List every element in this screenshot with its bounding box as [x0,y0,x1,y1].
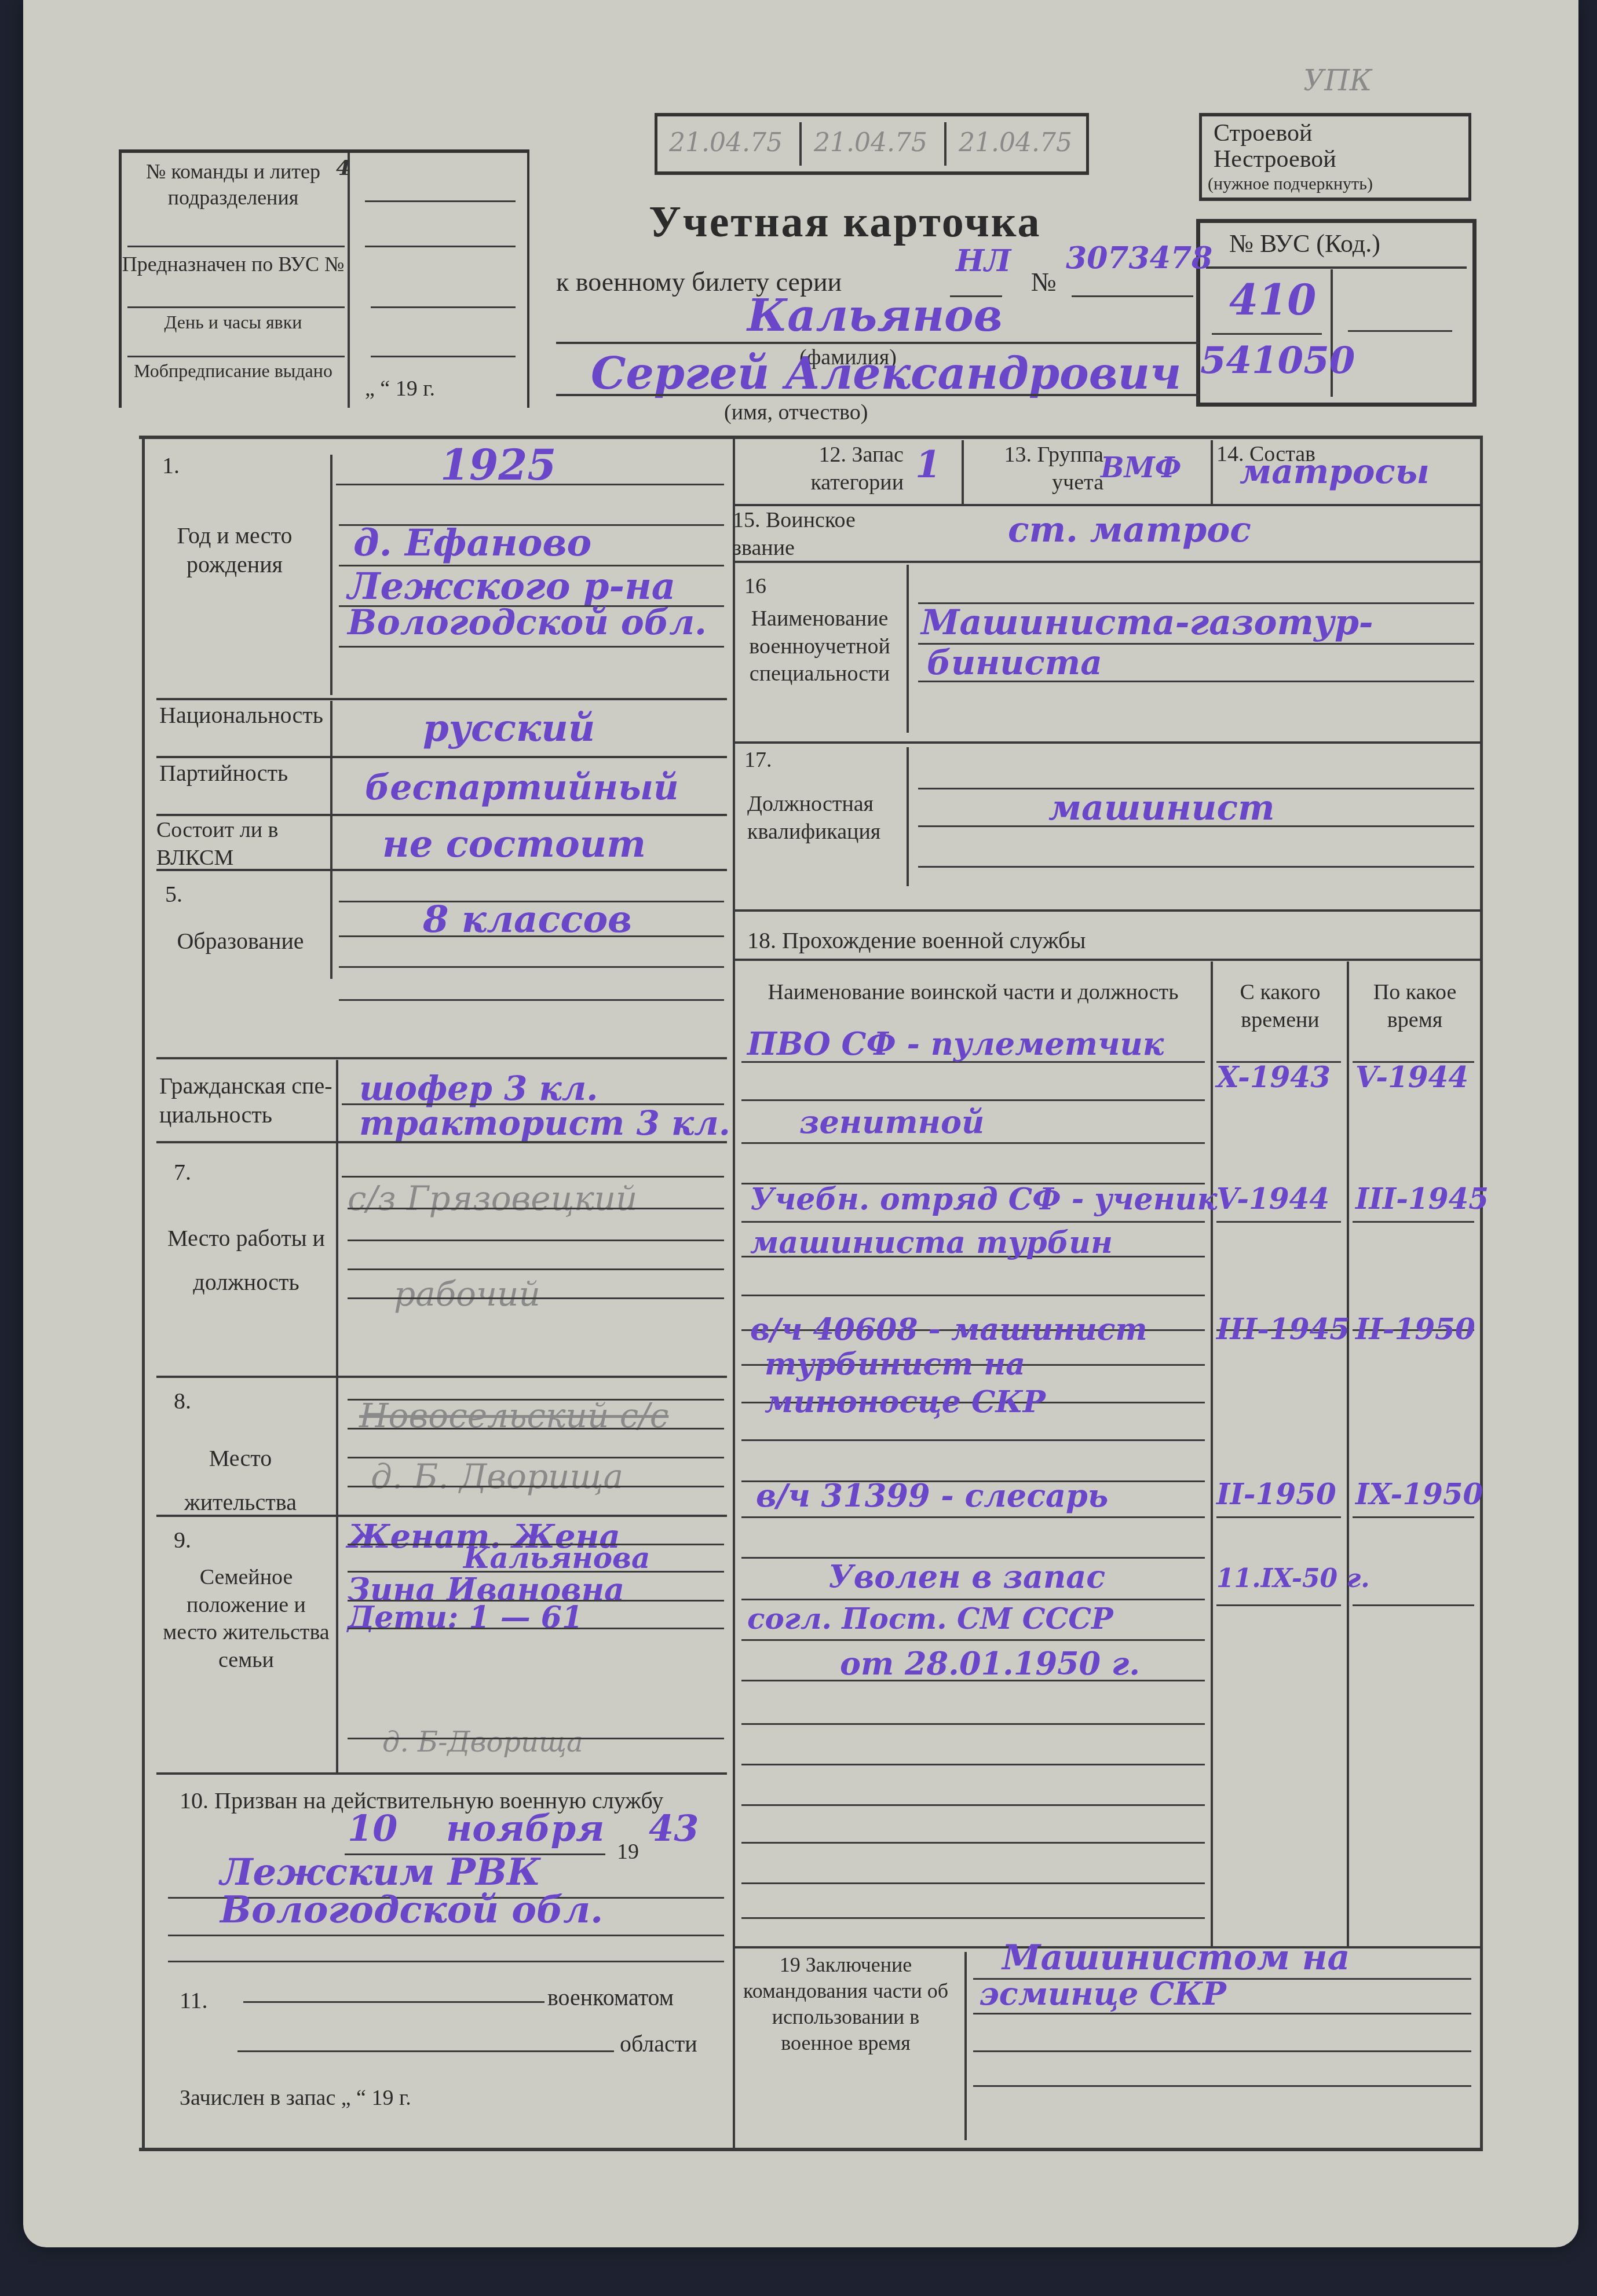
education: 8 классов [423,898,632,941]
komsomol: не состоит [382,822,646,866]
field1-label: Год и место рождения [156,521,313,579]
field7-label: Место работы и должность [162,1216,330,1304]
status-hint: (нужное подчеркнуть) [1208,174,1373,194]
draft-region: Вологодской обл. [220,1888,603,1932]
nationality: русский [423,707,595,750]
given-names: Сергей Александрович [591,348,1181,399]
vus-header: № ВУС (Код.) [1229,229,1380,258]
f13-label: 13. Группа учета [964,441,1103,496]
team-label: № команды и литер подразделения [122,159,345,211]
service-unit: согл. Пост. СМ СССР [747,1602,1113,1636]
wife-surname: Кальянова [463,1541,650,1575]
service-unit: в/ч 40608 - машинист [750,1312,1147,1347]
voenkomat-label: военкоматом [547,1984,674,2011]
draft-office: Лежским РВК [220,1851,540,1894]
page-title: Учетная карточка [649,197,1041,247]
oblast-label: области [620,2030,697,2057]
service-to: IX-1950 [1355,1477,1483,1511]
left-info-box: № команды и литер подразделения 4 Предна… [119,149,529,408]
family-residence: д. Б-Дворища [382,1726,583,1758]
status-combat[interactable]: Строевой [1214,119,1313,147]
mob-order-label: Мобпредписание выдано [122,359,345,382]
children: Дети: 1 — 61 [348,1600,583,1635]
draft-day: 10 [348,1807,397,1849]
service-title: 18. Прохождение военной службы [747,927,1086,954]
service-unit: Учебн. отряд СФ - ученик [750,1182,1218,1217]
status-noncombat[interactable]: Нестроевой [1214,145,1336,173]
residence-2: д. Б. Дворища [371,1457,623,1496]
field8-num: 8. [174,1387,191,1414]
stamp-date-3: 21.04.75 [959,128,1072,158]
field9-label: Семейное положение и место жительства се… [159,1564,333,1674]
f17-label: Должност­ная квали­фикация [736,791,898,846]
service-from: II-1950 [1216,1477,1336,1511]
wartime-use-1: Машинистом на [1002,1937,1350,1978]
number-sign: № [1031,266,1057,297]
f19-label: 19 Заключение командования части об испо… [736,1952,956,2056]
draft-year: 43 [649,1807,699,1849]
service-unit: в/ч 31399 - слесарь [756,1477,1108,1514]
registration-group: ВМФ [1101,452,1181,484]
service-to: V-1944 [1355,1060,1468,1094]
vus-box: № ВУС (Код.) 410 541050 [1196,219,1477,407]
record-card: УПК № команды и литер подразделения 4 Пр… [23,0,1578,2247]
surname: Кальянов [747,290,1003,341]
military-rank: ст. матрос [1008,510,1251,550]
service-from: III-1945 [1216,1312,1350,1346]
report-time-label: День и часы явки [122,310,345,334]
service-from: X-1943 [1216,1060,1331,1094]
field9-num: 9. [174,1526,191,1553]
civil-specialty-2: тракторист 3 кл. [359,1103,730,1143]
stamp-date-1: 21.04.75 [669,128,783,158]
f15-label: 15. Воинское звание [733,507,907,562]
ticket-series: НЛ [956,243,1011,279]
service-unit: зенитной [799,1103,984,1140]
assigned-vus-label: Предназначен по ВУС № [122,251,345,277]
field5-num: 5. [165,880,182,908]
service-header-to: По какое время [1350,979,1480,1034]
service-to: III-1945 [1355,1182,1489,1216]
f16-label: Наименова­ние военно­учетной спе­циально… [736,605,904,688]
service-header-from: С какого времени [1214,979,1347,1034]
service-to: II-1950 [1355,1312,1475,1346]
field4-label: Состоит ли в ВЛКСМ [156,817,330,872]
civil-specialty-1: шофер 3 кл. [359,1069,598,1108]
field8-label: Место жительства [156,1436,324,1524]
service-unit: ПВО СФ - пулеметчик [747,1025,1164,1062]
field2-label: Националь­ность [159,701,333,730]
ticket-number: 3073478 [1066,240,1212,276]
field1-num: 1. [162,452,180,479]
draft-month: ноября [446,1807,604,1849]
composition: матросы [1240,452,1430,491]
workplace: с/з Грязовецкий [348,1179,637,1218]
military-specialty-2: биниста [927,643,1102,682]
job-position: рабочий [394,1274,540,1314]
status-box: Строевой Нестроевой (нужное подчеркнуть) [1199,113,1471,201]
field6-label: Граждан­ская спе­циальность [159,1072,333,1129]
stamp-date-2: 21.04.75 [814,128,927,158]
birth-village: д. Ефаново [353,521,591,565]
party-membership: беспартийный [365,767,679,808]
wartime-use-2: эсминце СКР [979,1975,1226,2012]
service-unit: Уволен в запас [828,1558,1105,1595]
service-unit: машиниста турбин [750,1225,1113,1260]
f17-num: 17. [744,747,772,773]
date-stamp-box: 21.04.75 21.04.75 21.04.75 [655,113,1089,175]
job-qualification: машинист [1048,788,1274,828]
field5-label: Образо­вание [162,927,319,956]
corner-note: УПК [1303,64,1372,97]
birth-district: Лежского р-на [348,565,675,608]
f16-num: 16 [744,573,766,599]
service-from: V-1944 [1216,1182,1329,1216]
vus-code: 410 [1229,275,1316,324]
service-from: 11.IX-50 г. [1216,1564,1370,1593]
given-caption: (имя, отчество) [724,400,868,425]
field11-num: 11. [180,1987,208,2014]
field3-label: Партий­ность [159,759,333,788]
f12-label: 12. Запас категории [736,441,904,496]
birth-region: Вологодской обл. [348,602,707,643]
service-unit: миноносце СКР [765,1384,1046,1420]
reserve-category: 1 [915,443,941,487]
enlisted-reserve: Зачислен в запас „ “ 19 г. [180,2085,411,2111]
service-header-unit: Наименование воинской части и должность [747,979,1199,1007]
field7-num: 7. [174,1158,191,1186]
military-specialty-1: Машиниста-газотур- [921,602,1373,643]
service-unit: турбинист на [765,1347,1025,1382]
service-unit: от 28.01.1950 г. [840,1645,1140,1682]
draft-year-prefix: 19 [617,1839,639,1864]
team-value: 4 [336,156,350,180]
vus-code-2: 541050 [1200,339,1355,382]
birth-year: 1925 [440,440,556,489]
mob-order-date: „ “ 19 г. [365,376,435,401]
